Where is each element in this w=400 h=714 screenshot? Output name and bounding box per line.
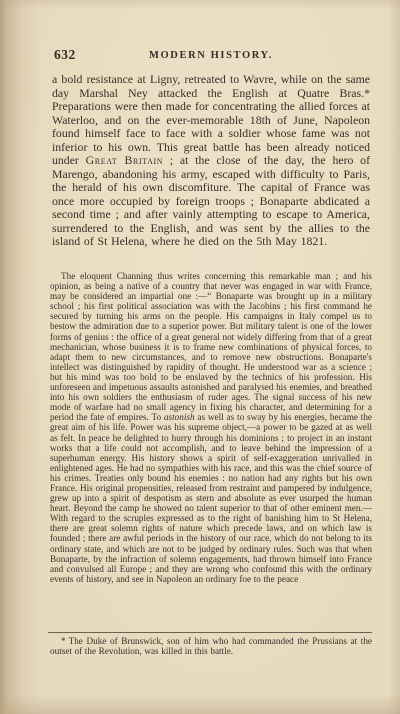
channing-quote-paragraph: The eloquent Channing thus writes concer… [50,271,372,584]
footnote-text: The Duke of Brunswick, son of him who ha… [50,636,372,656]
intro-paragraph: a bold resistance at Ligny, retreated to… [52,73,370,249]
page-header: 632 MODERN HISTORY. [52,47,370,63]
quote-text-after: as well as to sway by his energies, beca… [50,412,372,584]
intro-text-after: ; at the close of the day, the hero of M… [52,153,370,248]
footnote-divider [48,632,372,633]
great-britain-smallcaps: Great Britain [86,153,163,167]
footnote-marker: * [61,636,69,646]
running-title: MODERN HISTORY. [52,50,370,61]
book-page: 632 MODERN HISTORY. a bold resistance at… [0,0,400,714]
astonish-italic-word: astonish [164,412,195,422]
quote-text-before: The eloquent Channing thus writes concer… [50,271,372,422]
footnote: *The Duke of Brunswick, son of him who h… [50,637,372,657]
